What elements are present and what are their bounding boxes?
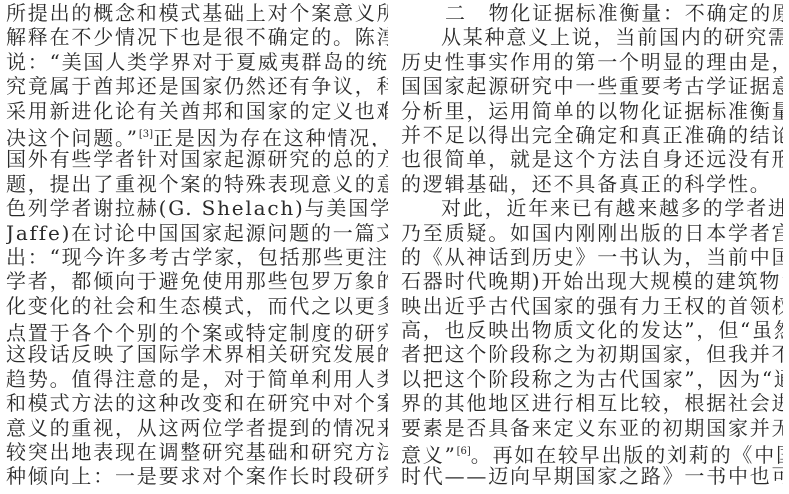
text-line: 对此，近年来已有越来越多的学者进行反思 [401,196,783,220]
text-line: 学者，都倾向于避免使用那些包罗万象的关于文 [6,269,388,293]
text-line: 也很简单，就是这个方法自身还远没有形成严密 [401,147,783,171]
text-fragment: 点置于各个个别的个案或特定制度的研究上。” [6,321,388,342]
text-line: Jaffe)在讨论中国国家起源问题的一篇文章中指 [6,221,388,245]
text-fragment: 决这个问题。” [6,126,139,147]
text-line: 者把这个阶段称之为初期国家，但我并不认为可 [401,342,783,366]
text-line: 意义的重视，从这两位学者提到的情况来看，比 [6,416,388,440]
text-line: 这段话反映了国际学术界相关研究发展的这一 [6,342,388,366]
footnote-ref-6[interactable]: [6] [457,446,471,457]
text-line: 分析里，运用简单的以物化证据标准衡量的方法 [401,99,783,123]
text-line: 较突出地表现在调整研究基础和研究方法的两 [6,440,388,464]
text-line: 和模式方法的这种改变和在研究中对个案表现 [6,391,388,415]
text-line: 映出近乎古代国家的强有力王权的首领权的提 [401,294,783,318]
right-column: 二 物化证据标准衡量：不确定的原因 从某种意义上说，当前国内的研究需要重视 历史… [401,1,783,489]
text-line: 乃至质疑。如国内刚刚出版的日本学者宫本一夫 [401,221,783,245]
text-line: 色列学者谢拉赫(G. Shelach)与美国学者加菲(Y. [6,196,388,220]
text-line: 石器时代晚期)开始出现大规模的建筑物”，“反 [401,269,783,293]
text-line: 的《从神话到历史》一书认为，当前中国“各地(新 [401,245,783,269]
text-line: 采用新进化论有关酋邦和国家的定义也难以解 [6,99,388,123]
text-line: 并不足以得出完全确定和真正准确的结论。原因 [401,123,783,147]
text-line: 界的其他地区进行相互比较，根据社会进化上的 [401,391,783,415]
text-line: 意义”[6]。再如在较早出版的刘莉的《中国新石器 [401,440,783,464]
text-line: 国外有些学者针对国家起源研究的总的方法问 [6,147,388,171]
text-line: 究竟属于酋邦还是国家仍然还有争议，科迪认为 [6,74,388,98]
text-fragment: 意义” [401,443,457,464]
text-line: 点置于各个个别的个案或特定制度的研究上。”[4] [6,318,388,342]
text-line: 时代——迈向早期国家之路》一书中也可以看到 [401,464,783,488]
text-line: 解释在不少情况下也是很不确定的。陈淳曾介绍 [6,25,388,49]
text-line: 种倾向上：一是要求对个案作长时段研究，也就 [6,464,388,488]
text-line: 从某种意义上说，当前国内的研究需要重视 [401,25,783,49]
text-line: 决这个问题。”[3]正是因为存在这种情况，近年来 [6,123,388,147]
text-line: 的逻辑基础，还不具备真正的科学性。 [401,172,783,196]
section-heading: 二 物化证据标准衡量：不确定的原因 [401,1,783,25]
text-line: 以把这个阶段称之为古代国家”，因为“通过与世 [401,367,783,391]
text-line: 历史性事实作用的第一个明显的理由是，在对中 [401,50,783,74]
text-line: 高，也反映出物质文化的发达”，但“虽然有的学 [401,318,783,342]
document-page: 所提出的概念和模式基础上对个案意义所作的 解释在不少情况下也是很不确定的。陈淳曾… [0,0,789,494]
text-fragment: 。再如在较早出版的刘莉的《中国新石器 [471,443,783,464]
text-line: 所提出的概念和模式基础上对个案意义所作的 [6,1,388,25]
text-line: 说：“美国人类学界对于夏威夷群岛的统一政体 [6,50,388,74]
text-line: 趋势。值得注意的是，对于简单利用人类学概念 [6,367,388,391]
text-line: 国国家起源研究中一些重要考古学证据意义的 [401,74,783,98]
footnote-ref-3[interactable]: [3] [139,129,153,140]
text-line: 化变化的社会和生态模式，而代之以更多地将重 [6,294,388,318]
text-line: 出：“现今许多考古学家，包括那些更注重程序的 [6,245,388,269]
text-fragment: 正是因为存在这种情况，近年来 [153,126,388,147]
text-line: 题，提出了重视个案的特殊表现意义的意见。以 [6,172,388,196]
text-line: 要素是否具备来定义东亚的初期国家并无太大 [401,416,783,440]
left-column: 所提出的概念和模式基础上对个案意义所作的 解释在不少情况下也是很不确定的。陈淳曾… [6,1,388,489]
